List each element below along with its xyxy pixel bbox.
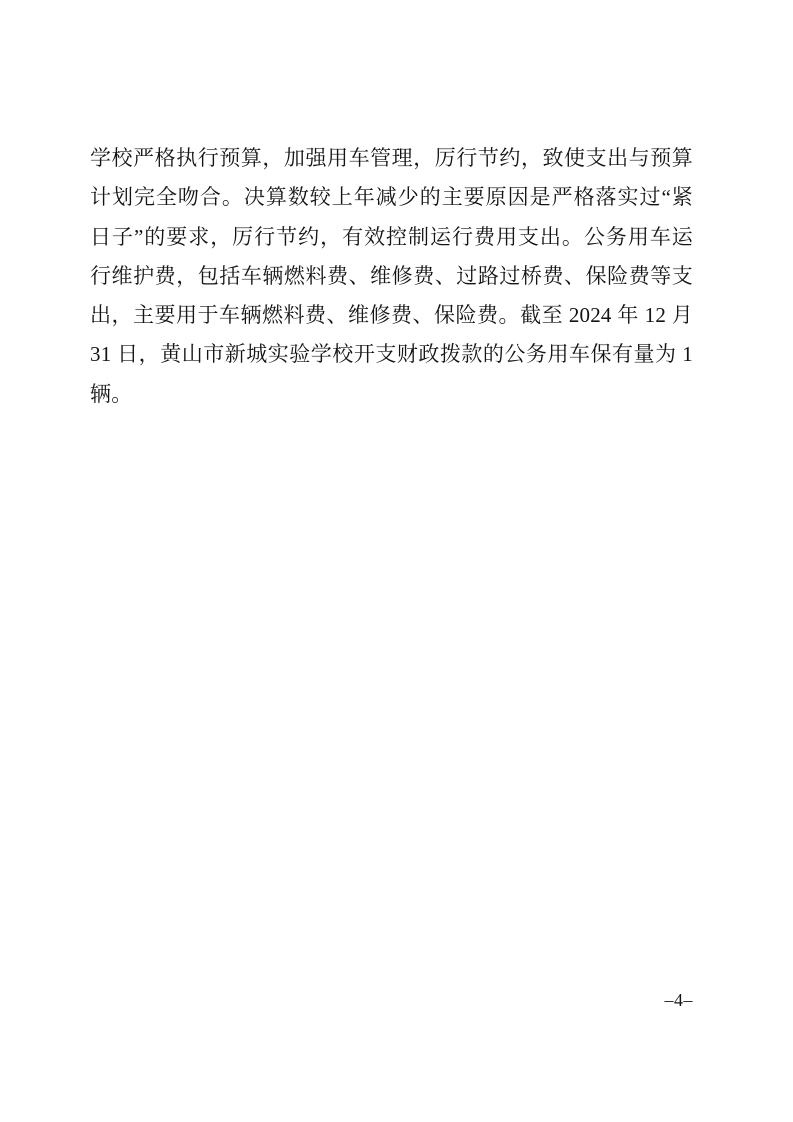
text-line: 日子”的要求，厉行节约，有效控制运行费用支出。公务用车运 (90, 218, 693, 257)
document-page: 学校严格执行预算，加强用车管理，厉行节约，致使支出与预算 计划完全吻合。决算数较… (0, 0, 793, 1122)
text-line: 学校严格执行预算，加强用车管理，厉行节约，致使支出与预算 (90, 139, 693, 178)
page-number: –4– (665, 991, 694, 1009)
text-line: 计划完全吻合。决算数较上年减少的主要原因是严格落实过“紧 (90, 178, 693, 217)
text-line: 辆。 (90, 375, 693, 414)
text-line: 行维护费，包括车辆燃料费、维修费、过路过桥费、保险费等支 (90, 257, 693, 296)
text-line: 31 日，黄山市新城实验学校开支财政拨款的公务用车保有量为 1 (90, 335, 693, 374)
text-line: 出，主要用于车辆燃料费、维修费、保险费。截至 2024 年 12 月 (90, 296, 693, 335)
body-paragraph: 学校严格执行预算，加强用车管理，厉行节约，致使支出与预算 计划完全吻合。决算数较… (90, 139, 693, 414)
